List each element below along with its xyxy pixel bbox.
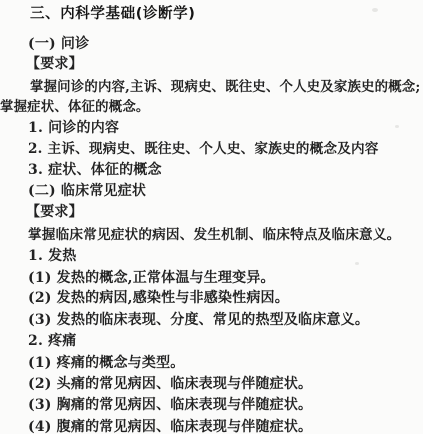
section-heading-inquiry: (一) 问诊 — [28, 35, 89, 53]
scan-speck — [395, 125, 399, 128]
section-heading-symptoms: (二) 临床常见症状 — [28, 182, 146, 200]
list-item: (2) 头痛的常见病因、临床表现与伴随症状。 — [28, 375, 312, 393]
requirement-label: 【要求】 — [26, 203, 83, 221]
list-item: (2) 发热的病因,感染性与非感染性病因。 — [28, 289, 289, 307]
list-item: (1) 疼痛的概念与类型。 — [28, 354, 184, 372]
scan-speck — [330, 150, 335, 153]
document-page: 三、内科学基础(诊断学) (一) 问诊 【要求】 掌握问诊的内容,主诉、现病史、… — [0, 0, 423, 434]
scan-speck — [372, 8, 378, 12]
requirement-text-continued: 掌握症状、体征的概念。 — [0, 98, 150, 116]
list-item: (4) 腹痛的常见病因、临床表现与伴随症状。 — [28, 418, 312, 434]
list-item: 1. 问诊的内容 — [28, 119, 119, 137]
requirement-label: 【要求】 — [26, 55, 83, 73]
list-item: 2. 主诉、现病史、既往史、个人史、家族史的概念及内容 — [28, 140, 379, 158]
document-title: 三、内科学基础(诊断学) — [30, 5, 195, 23]
requirement-text: 掌握问诊的内容,主诉、现病史、既往史、个人史及家族史的概念; — [30, 78, 421, 96]
topic-heading-fever: 1. 发热 — [28, 247, 77, 265]
topic-heading-pain: 2. 疼痛 — [28, 332, 77, 350]
scan-speck — [355, 262, 359, 265]
requirement-text: 掌握临床常见症状的病因、发生机制、临床特点及临床意义。 — [28, 226, 400, 244]
list-item: (1) 发热的概念,正常体温与生理变异。 — [28, 269, 275, 287]
list-item: 3. 症状、体征的概念 — [28, 161, 162, 179]
list-item: (3) 发热的临床表现、分度、常见的热型及临床意义。 — [28, 311, 369, 329]
list-item: (3) 胸痛的常见病因、临床表现与伴随症状。 — [28, 396, 312, 414]
